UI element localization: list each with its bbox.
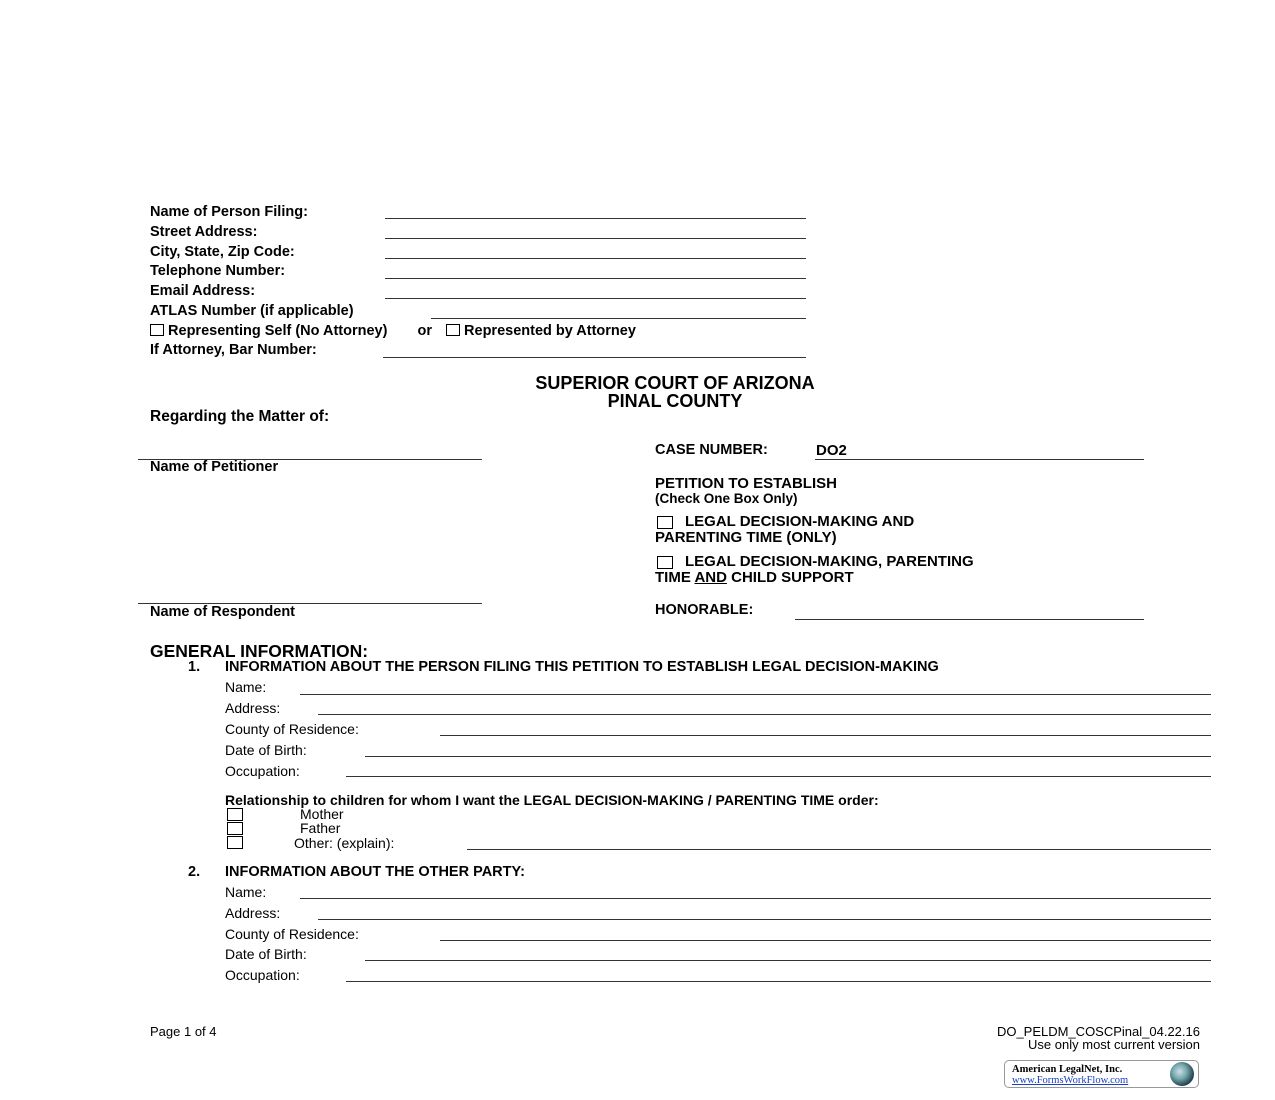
petition-title: PETITION TO ESTABLISH — [655, 475, 837, 492]
option-ldm-parenting-child-support-line1: LEGAL DECISION-MAKING, PARENTING — [685, 553, 974, 570]
relationship-father-label: Father — [300, 820, 340, 836]
or-label: or — [417, 323, 432, 339]
s1-dob-field[interactable] — [365, 756, 1211, 757]
case-number-label: CASE NUMBER: — [655, 442, 768, 458]
label-street-address: Street Address: — [150, 224, 257, 240]
s2-dob-label: Date of Birth: — [225, 946, 307, 962]
field-telephone[interactable] — [385, 278, 806, 279]
option2-text-c: CHILD SUPPORT — [727, 569, 854, 586]
section2-title: INFORMATION ABOUT THE OTHER PARTY: — [225, 864, 525, 880]
s1-address-field[interactable] — [318, 714, 1211, 715]
s2-occupation-field[interactable] — [346, 981, 1211, 982]
court-name: SUPERIOR COURT OF ARIZONA — [0, 374, 1275, 392]
field-case-number[interactable] — [815, 459, 1144, 460]
s2-address-label: Address: — [225, 905, 280, 921]
regarding-matter-label: Regarding the Matter of: — [150, 408, 329, 426]
field-honorable[interactable] — [795, 619, 1144, 620]
representation-row: Representing Self (No Attorney) or Repre… — [150, 323, 636, 339]
option-ldm-parenting-time-line2: PARENTING TIME (ONLY) — [655, 529, 837, 546]
s2-county-label: County of Residence: — [225, 926, 359, 942]
section2-number: 2. — [188, 864, 200, 880]
s2-name-label: Name: — [225, 884, 266, 900]
label-name-of-person-filing: Name of Person Filing: — [150, 204, 308, 220]
s1-name-label: Name: — [225, 679, 266, 695]
option-ldm-parenting-child-support-checkbox[interactable] — [657, 556, 673, 569]
section1-title: INFORMATION ABOUT THE PERSON FILING THIS… — [225, 659, 939, 675]
label-bar-number: If Attorney, Bar Number: — [150, 342, 317, 358]
logo-url-link[interactable]: www.FormsWorkFlow.com — [1012, 1075, 1128, 1086]
honorable-label: HONORABLE: — [655, 602, 753, 618]
page-number: Page 1 of 4 — [150, 1024, 217, 1039]
representing-self-checkbox[interactable] — [150, 324, 164, 336]
respondent-label: Name of Respondent — [150, 604, 295, 620]
legalnet-logo[interactable]: American LegalNet, Inc. www.FormsWorkFlo… — [1004, 1060, 1199, 1088]
label-email: Email Address: — [150, 283, 255, 299]
logo-company-name: American LegalNet, Inc. — [1012, 1064, 1122, 1075]
field-city-state-zip[interactable] — [385, 258, 806, 259]
s1-occupation-field[interactable] — [346, 776, 1211, 777]
represented-by-attorney-label: Represented by Attorney — [464, 323, 636, 339]
field-name-of-person-filing[interactable] — [385, 218, 806, 219]
relationship-other-checkbox[interactable] — [227, 836, 243, 849]
relationship-other-explain-field[interactable] — [467, 849, 1211, 850]
relationship-mother-checkbox[interactable] — [227, 808, 243, 821]
s1-county-label: County of Residence: — [225, 721, 359, 737]
option-ldm-parenting-time-line1: LEGAL DECISION-MAKING AND — [685, 513, 914, 530]
field-email[interactable] — [385, 298, 806, 299]
s2-address-field[interactable] — [318, 919, 1211, 920]
field-bar-number[interactable] — [383, 357, 806, 358]
petitioner-label: Name of Petitioner — [150, 459, 278, 475]
option-ldm-parenting-child-support-line2: TIME AND CHILD SUPPORT — [655, 569, 854, 586]
represented-by-attorney-checkbox[interactable] — [446, 324, 460, 336]
s1-name-field[interactable] — [300, 694, 1211, 695]
s2-county-field[interactable] — [440, 940, 1211, 941]
label-atlas-number: ATLAS Number (if applicable) — [150, 303, 354, 319]
s1-address-label: Address: — [225, 700, 280, 716]
label-telephone: Telephone Number: — [150, 263, 285, 279]
option-ldm-parenting-time-checkbox[interactable] — [657, 516, 673, 529]
relationship-other-label: Other: (explain): — [294, 835, 394, 851]
relationship-father-checkbox[interactable] — [227, 822, 243, 835]
option2-text-a: TIME — [655, 569, 694, 586]
field-street-address[interactable] — [385, 238, 806, 239]
s2-name-field[interactable] — [300, 898, 1211, 899]
check-one-note: (Check One Box Only) — [655, 491, 798, 506]
s1-dob-label: Date of Birth: — [225, 742, 307, 758]
s2-occupation-label: Occupation: — [225, 967, 300, 983]
s1-county-field[interactable] — [440, 735, 1211, 736]
option2-text-and: AND — [694, 569, 727, 586]
s1-occupation-label: Occupation: — [225, 763, 300, 779]
case-number-value: DO2 — [816, 442, 847, 459]
globe-icon — [1170, 1062, 1194, 1086]
field-atlas-number[interactable] — [431, 318, 806, 319]
section1-number: 1. — [188, 659, 200, 675]
s2-dob-field[interactable] — [365, 960, 1211, 961]
representing-self-label: Representing Self (No Attorney) — [168, 323, 387, 339]
label-city-state-zip: City, State, Zip Code: — [150, 244, 295, 260]
version-note: Use only most current version — [1028, 1037, 1200, 1052]
